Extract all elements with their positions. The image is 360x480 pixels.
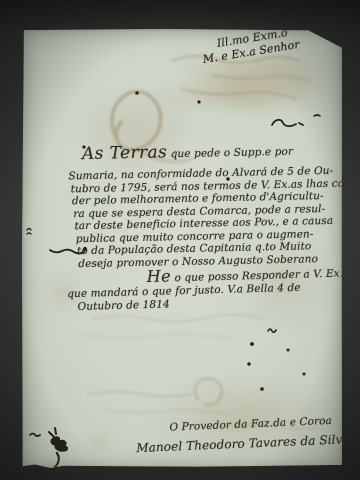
- document-photo: Ill.mo Exm.o M. e Ex.a Senhor As Terras …: [0, 0, 360, 480]
- signature-name: Manoel Theodoro Tavares da Silva: [136, 432, 350, 455]
- signature-block: O Provedor da Faz.da e Coroa Manoel Theo…: [13, 22, 351, 474]
- signature-role: O Provedor da Faz.da e Coroa: [169, 415, 332, 434]
- paper-sheet: Ill.mo Exm.o M. e Ex.a Senhor As Terras …: [22, 29, 342, 468]
